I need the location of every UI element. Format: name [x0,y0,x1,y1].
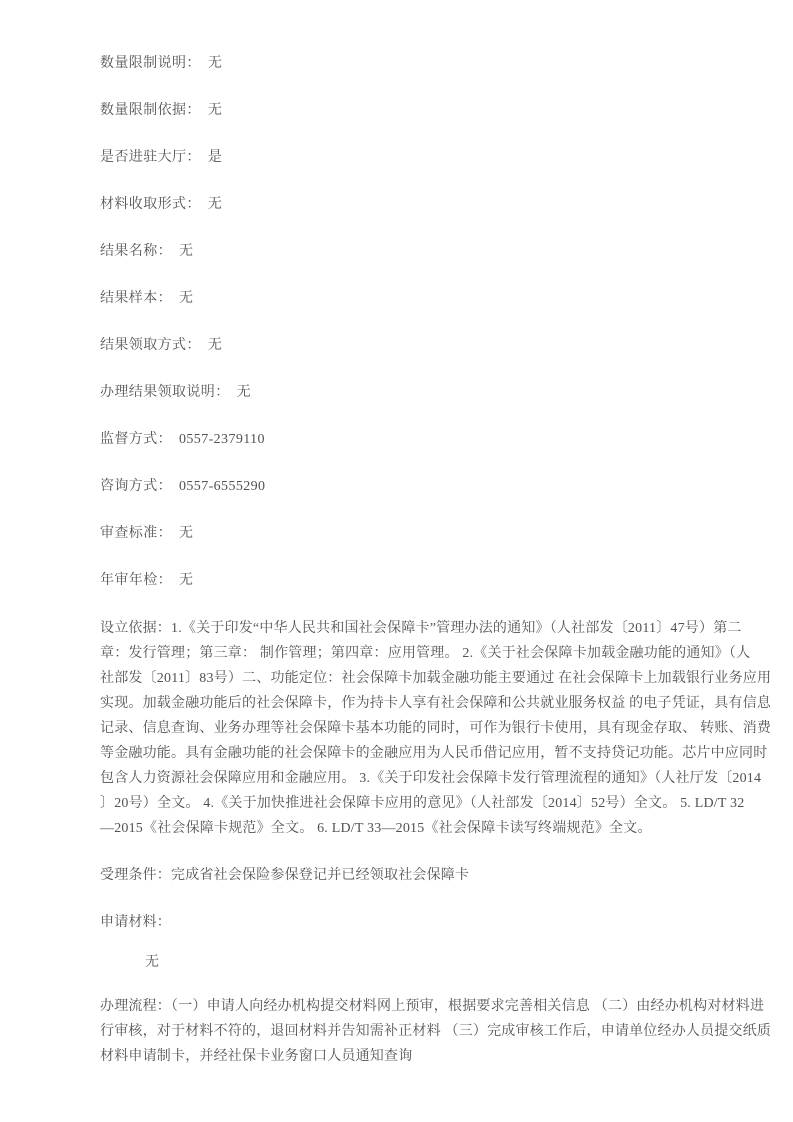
application-materials-label: 申请材料： [100,910,703,935]
application-materials-value: 无 [100,950,703,975]
field-value: 无 [208,197,222,212]
field-label: 监督方式： [100,432,172,447]
paragraph-line: 设立依据：1.《关于印发“中华人民共和国社会保障卡”管理办法的通知》（人社部发〔… [100,616,703,641]
field-label: 办理结果领取说明： [100,385,230,400]
field-label: 材料收取形式： [100,197,201,212]
field-value: 0557-6555290 [179,479,265,494]
paragraph-line: 记录、信息查询、业务办理等社会保障卡基本功能的同时，可作为银行卡使用，具有现金存… [100,716,703,741]
field-label: 结果样本： [100,291,172,306]
paragraph-establishment-basis: 设立依据：1.《关于印发“中华人民共和国社会保障卡”管理办法的通知》（人社部发〔… [100,616,703,841]
field-label: 数量限制说明： [100,56,201,71]
paragraph-line: 受理条件：完成省社会保险参保登记并已经领取社会保障卡 [100,863,703,888]
paragraph-line: 行审核，对于材料不符的，退回材料并告知需补正材料 （三）完成审核工作后，申请单位… [100,1019,703,1044]
field-value: 是 [208,150,222,165]
field-label: 审查标准： [100,526,172,541]
paragraph-line: —2015《社会保障卡规范》全文。 6. LD/T 33—2015《社会保障卡读… [100,816,703,841]
field-label: 结果名称： [100,244,172,259]
field-row-material-collection-form: 材料收取形式：无 [100,181,703,228]
document-page: 数量限制说明：无 数量限制依据：无 是否进驻大厅：是 材料收取形式：无 结果名称… [0,0,793,1122]
field-value: 无 [208,56,222,71]
field-row-result-sample: 结果样本：无 [100,275,703,322]
field-value: 无 [179,244,193,259]
field-row-quantity-limit-note: 数量限制说明：无 [100,40,703,87]
field-row-consultation-phone: 咨询方式：0557-6555290 [100,463,703,510]
field-value: 无 [179,291,193,306]
paragraph-acceptance-condition: 受理条件：完成省社会保险参保登记并已经领取社会保障卡 [100,863,703,888]
field-row-quantity-limit-basis: 数量限制依据：无 [100,87,703,134]
field-row-annual-inspection: 年审年检：无 [100,557,703,604]
paragraph-line: 无 [145,950,703,975]
field-value: 0557-2379110 [179,432,265,447]
paragraph-line: 等金融功能。具有金融功能的社会保障卡的金融应用为人民币借记应用，暂不支持贷记功能… [100,741,703,766]
field-value: 无 [208,103,222,118]
field-row-result-pickup-note: 办理结果领取说明：无 [100,369,703,416]
paragraph-line: 章：发行管理；第三章： 制作管理；第四章：应用管理。 2.《关于社会保障卡加载金… [100,641,703,666]
field-label: 是否进驻大厅： [100,150,201,165]
field-value: 无 [208,338,222,353]
field-label: 咨询方式： [100,479,172,494]
paragraph-line: 包含人力资源社会保障应用和金融应用。 3.《关于印发社会保障卡发行管理流程的通知… [100,766,703,791]
paragraph-line: 办理流程：（一）申请人向经办机构提交材料网上预审，根据要求完善相关信息 （二）由… [100,994,703,1019]
field-row-supervision-phone: 监督方式：0557-2379110 [100,416,703,463]
paragraph-line: 材料申请制卡，并经社保卡业务窗口人员通知查询 [100,1044,703,1069]
field-value: 无 [179,573,193,588]
field-row-result-name: 结果名称：无 [100,228,703,275]
field-row-review-standard: 审查标准：无 [100,510,703,557]
paragraph-line: 申请材料： [100,910,703,935]
field-label: 结果领取方式： [100,338,201,353]
paragraph-line: 社部发〔2011〕83号）二、功能定位：社会保障卡加载金融功能主要通过 在社会保… [100,666,703,691]
field-label: 年审年检： [100,573,172,588]
field-value: 无 [237,385,251,400]
paragraph-line: 实现。加载金融功能后的社会保障卡，作为持卡人享有社会保障和公共就业服务权益 的电… [100,691,703,716]
field-value: 无 [179,526,193,541]
paragraph-process-flow: 办理流程：（一）申请人向经办机构提交材料网上预审，根据要求完善相关信息 （二）由… [100,994,703,1069]
paragraph-line: 〕20号）全文。 4.《关于加快推进社会保障卡应用的意见》（人社部发〔2014〕… [100,791,703,816]
field-row-result-pickup-method: 结果领取方式：无 [100,322,703,369]
field-label: 数量限制依据： [100,103,201,118]
field-row-in-hall: 是否进驻大厅：是 [100,134,703,181]
